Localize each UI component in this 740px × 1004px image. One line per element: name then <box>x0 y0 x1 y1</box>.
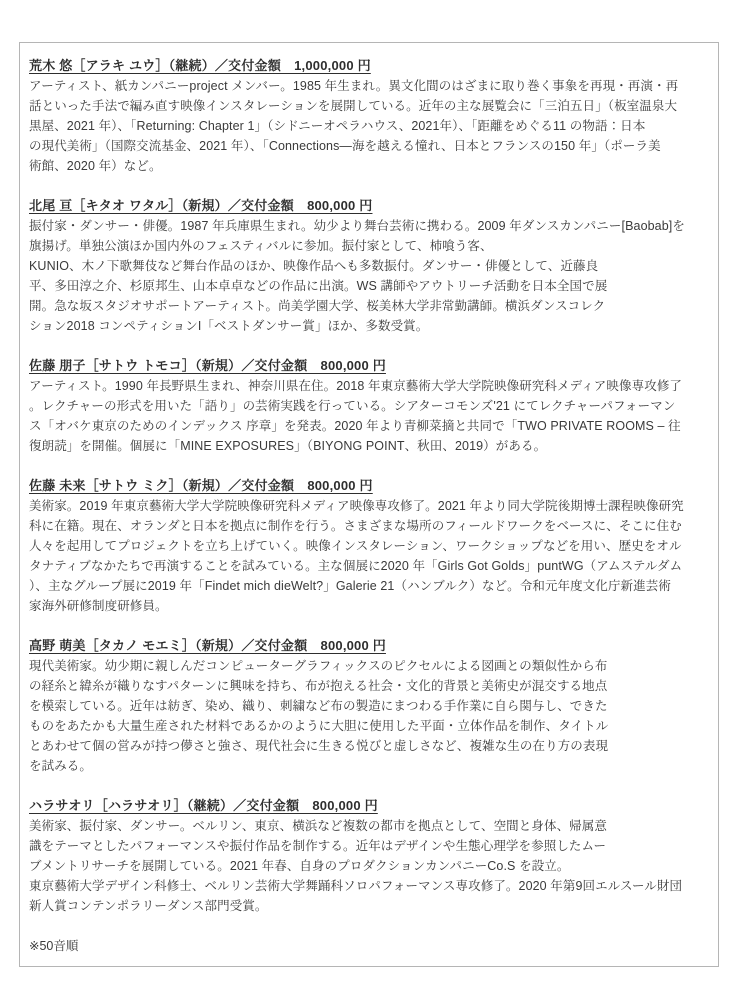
entry-heading: 佐藤 朋子［サトウ トモコ］（新規）／交付金額 800,000 円 <box>29 356 708 376</box>
sort-order-note: ※50音順 <box>29 936 708 956</box>
entry-description: 美術家、振付家、ダンサー。ベルリン、東京、横浜など複数の都市を拠点として、空間と… <box>29 816 708 916</box>
entry-heading: ハラサオリ［ハラサオリ］（継続）／交付金額 800,000 円 <box>29 796 708 816</box>
grant-entry: 佐藤 未来［サトウ ミク］（新規）／交付金額 800,000 円 美術家。201… <box>29 476 708 616</box>
grant-recipients-document: 荒木 悠［アラキ ユウ］（継続）／交付金額 1,000,000 円 アーティスト… <box>19 42 719 967</box>
entry-heading: 北尾 亘［キタオ ワタル］（新規）／交付金額 800,000 円 <box>29 196 708 216</box>
grant-entry: 荒木 悠［アラキ ユウ］（継続）／交付金額 1,000,000 円 アーティスト… <box>29 56 708 176</box>
entry-description: 美術家。2019 年東京藝術大学大学院映像研究科メディア映像専攻修了。2021 … <box>29 496 708 616</box>
entry-description: 振付家・ダンサー・俳優。1987 年兵庫県生まれ。幼少より舞台芸術に携わる。20… <box>29 216 708 336</box>
entry-heading: 高野 萌美［タカノ モエミ］（新規）／交付金額 800,000 円 <box>29 636 708 656</box>
grant-entry: 北尾 亘［キタオ ワタル］（新規）／交付金額 800,000 円 振付家・ダンサ… <box>29 196 708 336</box>
grant-entry: 佐藤 朋子［サトウ トモコ］（新規）／交付金額 800,000 円 アーティスト… <box>29 356 708 456</box>
entry-description: 現代美術家。幼少期に親しんだコンピューターグラフィックスのピクセルによる図画との… <box>29 656 708 776</box>
entry-description: アーティスト。1990 年長野県生まれ、神奈川県在住。2018 年東京藝術大学大… <box>29 376 708 456</box>
entry-heading: 佐藤 未来［サトウ ミク］（新規）／交付金額 800,000 円 <box>29 476 708 496</box>
entry-heading: 荒木 悠［アラキ ユウ］（継続）／交付金額 1,000,000 円 <box>29 56 708 76</box>
grant-entry: 高野 萌美［タカノ モエミ］（新規）／交付金額 800,000 円 現代美術家。… <box>29 636 708 776</box>
entry-description: アーティスト、紙カンパニーproject メンバー。1985 年生まれ。異文化間… <box>29 76 708 176</box>
page-background: { "footnote": "※50音順", "sections": [ { "… <box>0 0 740 1004</box>
grant-entry: ハラサオリ［ハラサオリ］（継続）／交付金額 800,000 円 美術家、振付家、… <box>29 796 708 916</box>
